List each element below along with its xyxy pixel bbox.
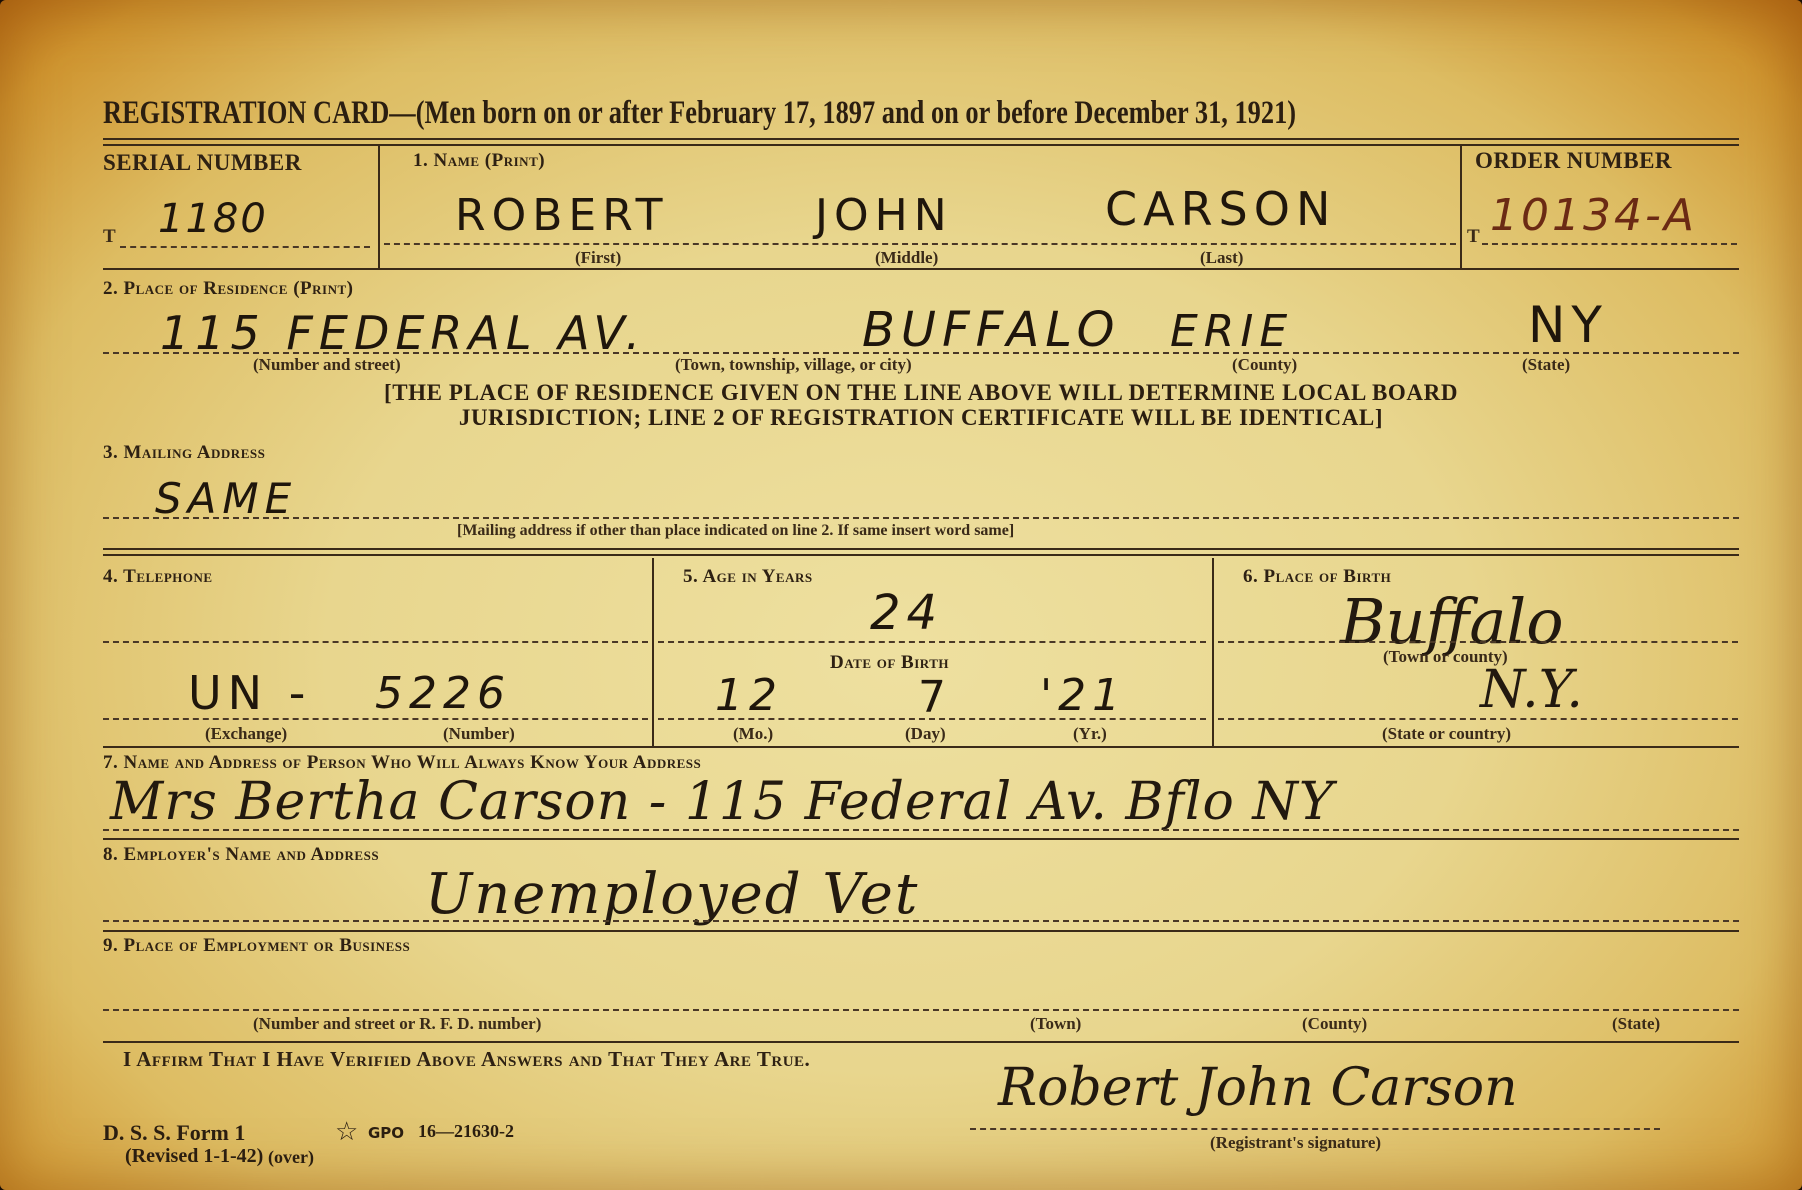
- over-note: (over): [268, 1147, 314, 1168]
- number-caption: (Number): [443, 724, 515, 744]
- serial-number-value: 1180: [158, 196, 268, 242]
- order-prefix: T: [1467, 226, 1480, 248]
- last-caption: (Last): [1200, 248, 1243, 268]
- card-title: REGISTRATION CARD—(Men born on or after …: [103, 95, 1296, 132]
- star-icon: ☆: [335, 1117, 358, 1147]
- gpo-label: GPO: [368, 1124, 404, 1142]
- registration-card: REGISTRATION CARD—(Men born on or after …: [0, 0, 1802, 1190]
- dashed-line: [1218, 718, 1738, 720]
- dashed-line: [1218, 641, 1738, 643]
- rule: [103, 548, 1739, 550]
- residence-county: ERIE: [1170, 306, 1293, 357]
- signature-caption: (Registrant's signature): [1210, 1133, 1381, 1153]
- dashed-line: [103, 517, 1739, 519]
- mailing-caption: [Mailing address if other than place ind…: [457, 522, 1014, 540]
- rule: [103, 930, 1739, 932]
- dashed-line: [384, 243, 1456, 245]
- employment-county-caption: (County): [1302, 1014, 1367, 1034]
- rule: [103, 1041, 1739, 1043]
- dashed-line: [103, 352, 1739, 354]
- name-label: 1. Name (Print): [413, 150, 545, 172]
- dashed-line: [103, 718, 648, 720]
- name-last: CARSON: [1105, 182, 1336, 236]
- dashed-line: [103, 829, 1739, 831]
- form-number: D. S. S. Form 1: [103, 1120, 245, 1146]
- contact-value: Mrs Bertha Carson - 115 Federal Av. Bflo…: [110, 772, 1334, 832]
- mailing-value: SAME: [155, 474, 297, 523]
- rule: [103, 268, 1739, 270]
- dashed-line: [120, 246, 370, 248]
- registrant-signature: Robert John Carson: [998, 1058, 1518, 1118]
- affirm-text: I Affirm That I Have Verified Above Answ…: [123, 1047, 810, 1072]
- rule: [103, 144, 1739, 146]
- dob-month: 12: [715, 670, 783, 721]
- dashed-line: [1482, 243, 1737, 245]
- residence-town: BUFFALO: [862, 302, 1120, 358]
- employment-town-caption: (Town): [1030, 1014, 1081, 1034]
- telephone-label: 4. Telephone: [103, 566, 213, 588]
- employer-value: Unemployed Vet: [425, 862, 919, 927]
- residence-notice-line1: [THE PLACE OF RESIDENCE GIVEN ON THE LIN…: [103, 380, 1739, 406]
- rule: [103, 746, 1739, 748]
- birthplace-state-caption: (State or country): [1382, 724, 1511, 744]
- birthplace-state: N.Y.: [1480, 660, 1583, 720]
- employment-street-caption: (Number and street or R. F. D. number): [253, 1014, 541, 1034]
- rule: [103, 838, 1739, 840]
- day-caption: (Day): [905, 724, 946, 744]
- serial-prefix: T: [103, 226, 116, 248]
- employment-place-label: 9. Place of Employment or Business: [103, 935, 410, 957]
- residence-label: 2. Place of Residence (Print): [103, 278, 353, 300]
- rule: [103, 138, 1739, 140]
- residence-notice-line2: JURISDICTION; LINE 2 OF REGISTRATION CER…: [103, 405, 1739, 431]
- dob-year: '21: [1040, 670, 1126, 721]
- dob-day: 7: [918, 672, 952, 723]
- state-caption: (State): [1522, 355, 1570, 375]
- contact-label: 7. Name and Address of Person Who Will A…: [103, 752, 701, 774]
- mailing-label: 3. Mailing Address: [103, 442, 265, 464]
- first-caption: (First): [575, 248, 621, 268]
- order-number-label: ORDER NUMBER: [1475, 148, 1672, 174]
- telephone-exchange: UN -: [188, 666, 311, 720]
- residence-state: NY: [1528, 296, 1608, 354]
- divider: [1460, 146, 1462, 268]
- street-caption: (Number and street): [253, 355, 401, 375]
- rule: [103, 554, 1739, 556]
- serial-number-label: SERIAL NUMBER: [103, 150, 302, 176]
- telephone-number: 5226: [375, 668, 511, 719]
- month-caption: (Mo.): [733, 724, 773, 744]
- divider: [378, 146, 380, 268]
- dashed-line: [103, 641, 648, 643]
- employment-state-caption: (State): [1612, 1014, 1660, 1034]
- name-first: ROBERT: [455, 190, 668, 241]
- exchange-caption: (Exchange): [205, 724, 287, 744]
- dashed-line: [103, 1009, 1739, 1011]
- dashed-line: [658, 718, 1206, 720]
- middle-caption: (Middle): [875, 248, 938, 268]
- year-caption: (Yr.): [1073, 724, 1107, 744]
- age-value: 24: [870, 585, 943, 641]
- dashed-line: [970, 1128, 1660, 1130]
- divider: [652, 558, 654, 746]
- name-middle: JOHN: [815, 190, 953, 241]
- order-number-value: 10134-A: [1490, 190, 1697, 241]
- dashed-line: [658, 641, 1206, 643]
- employer-label: 8. Employer's Name and Address: [103, 844, 379, 866]
- town-caption: (Town, township, village, or city): [675, 355, 912, 375]
- dashed-line: [103, 920, 1739, 922]
- dob-label: Date of Birth: [830, 652, 949, 674]
- age-label: 5. Age in Years: [683, 566, 813, 588]
- county-caption: (County): [1232, 355, 1297, 375]
- divider: [1212, 558, 1214, 746]
- gpo-number: 16—21630-2: [418, 1121, 514, 1142]
- form-revised: (Revised 1-1-42): [125, 1145, 263, 1168]
